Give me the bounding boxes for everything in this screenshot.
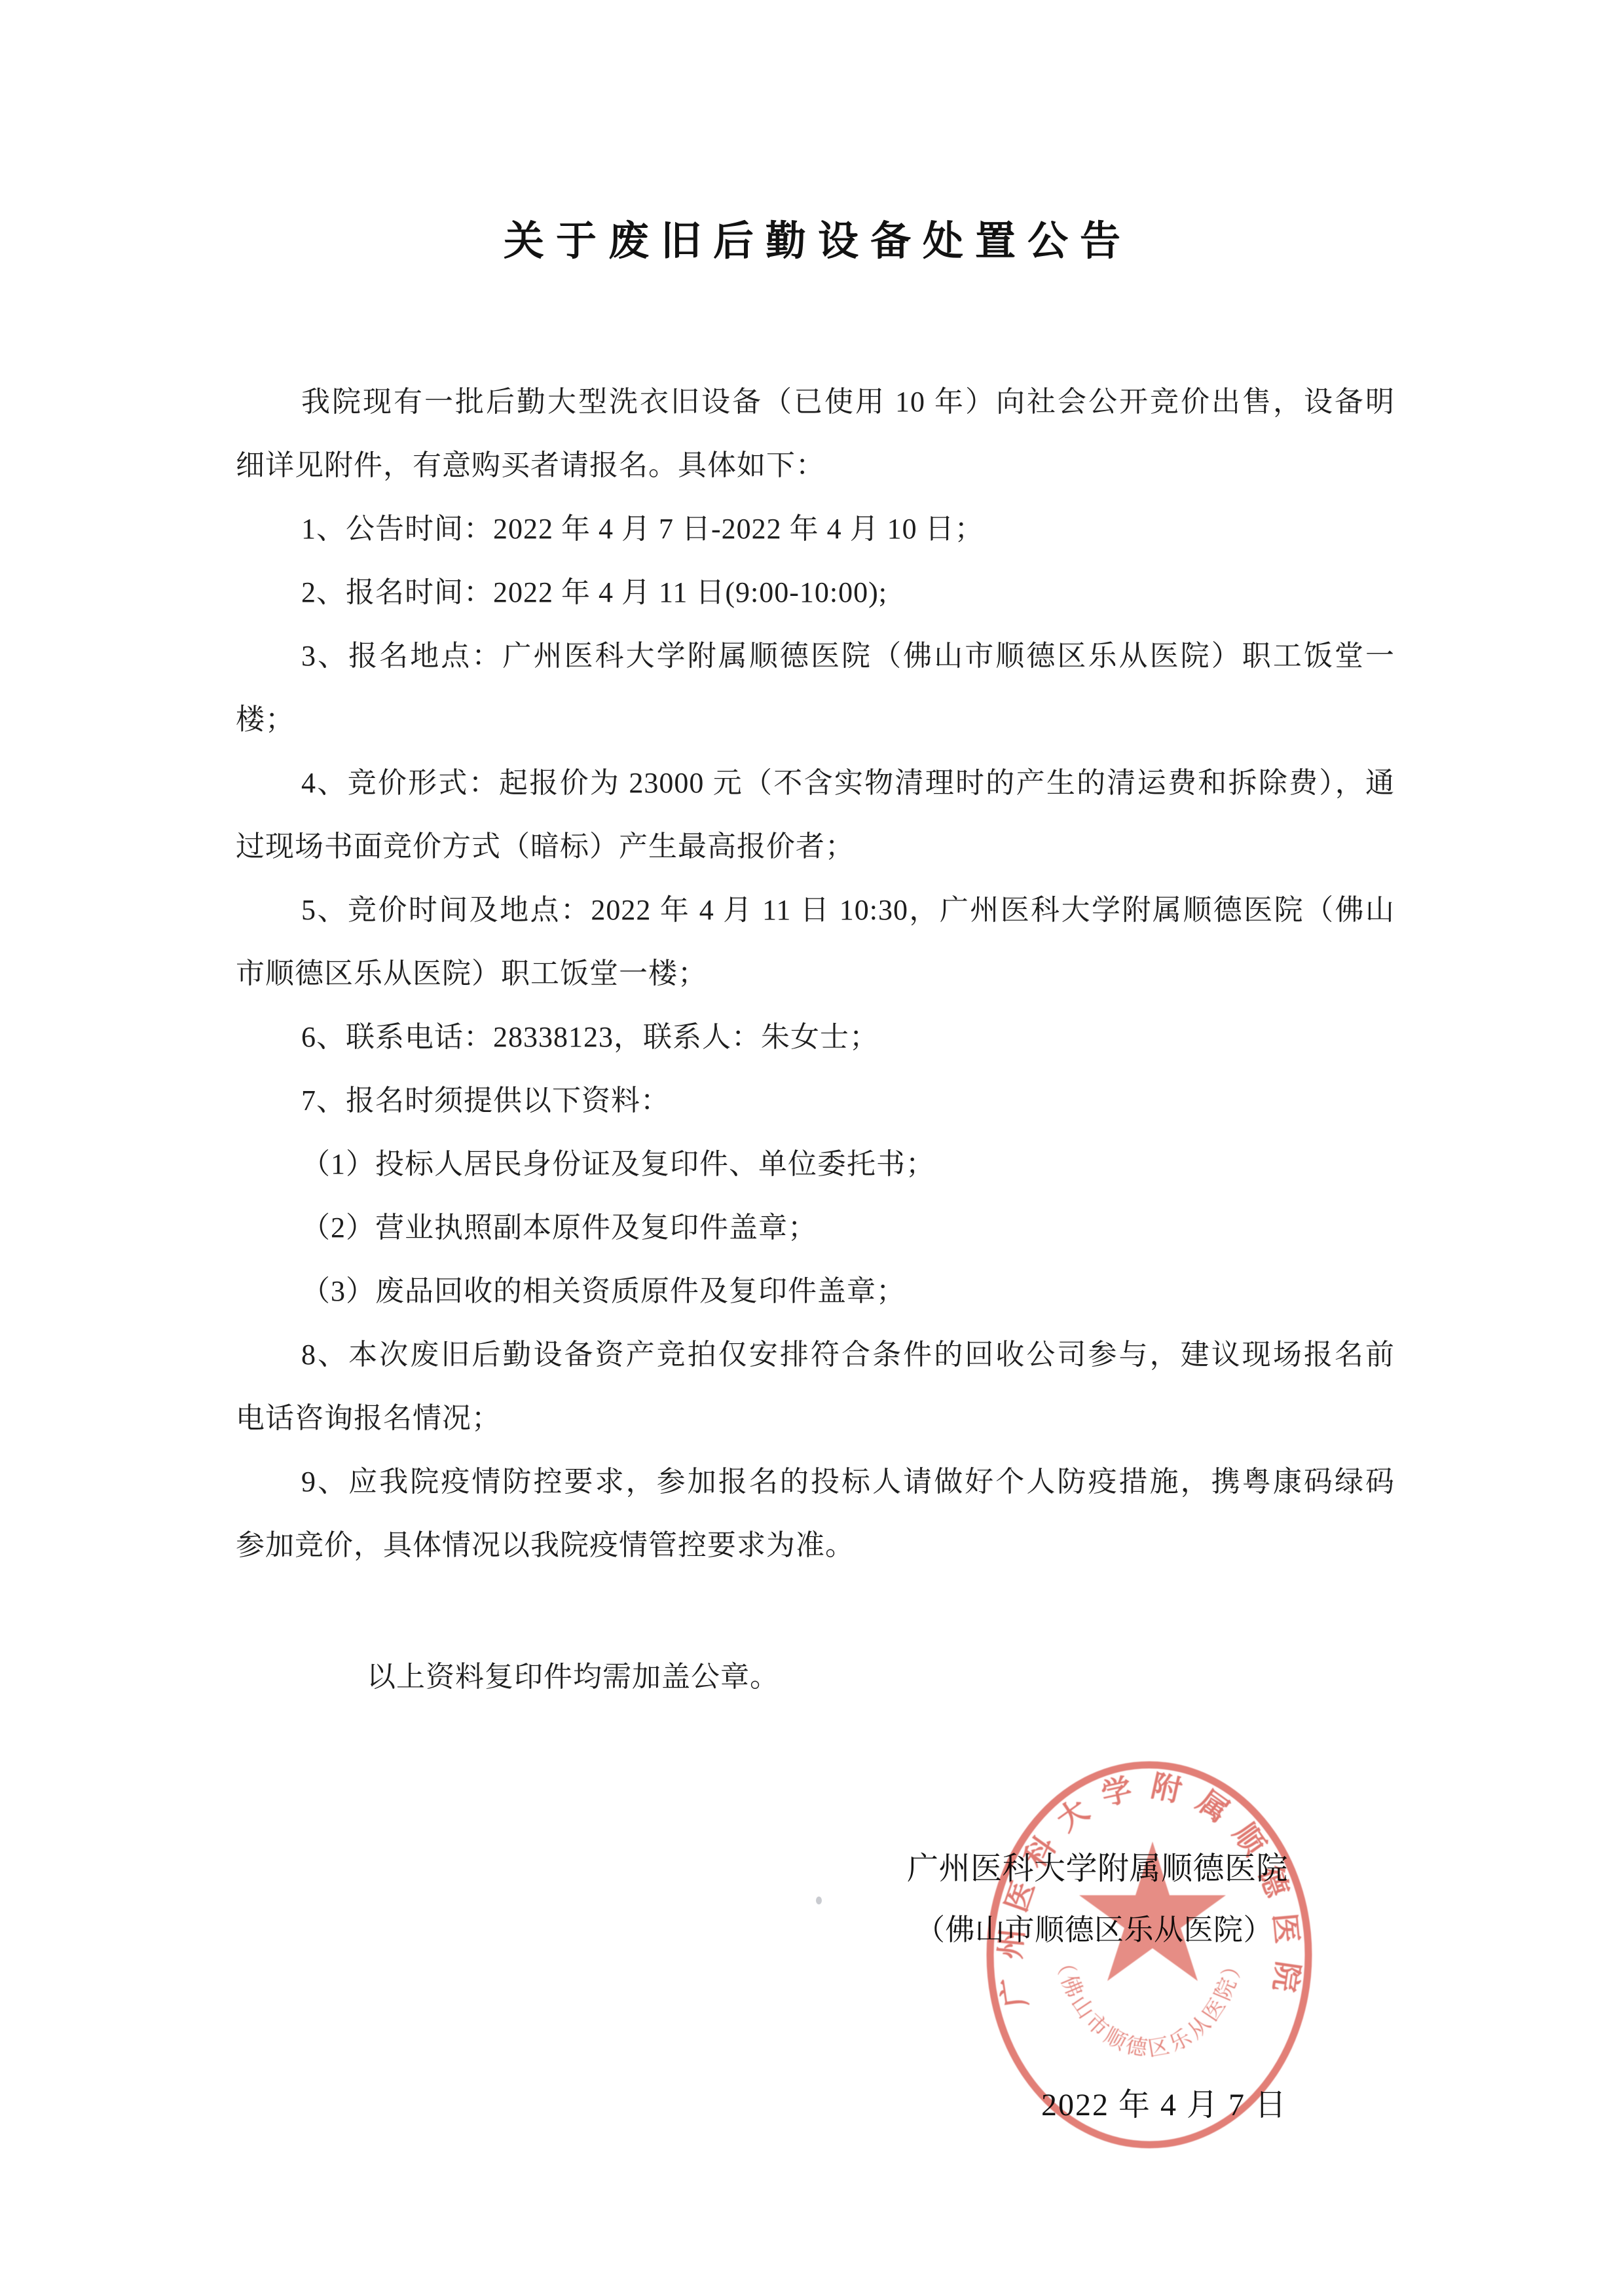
- body-line: 4、竞价形式：起报价为 23000 元（不含实物清理时的产生的清运费和拆除费），…: [236, 751, 1395, 815]
- signature-org: 广州医科大学附属顺德医院: [907, 1851, 1288, 1887]
- body-line: 过现场书面竞价方式（暗标）产生最高报价者；: [236, 815, 1395, 878]
- body-line: 参加竞价，具体情况以我院疫情管控要求为准。: [236, 1513, 1395, 1577]
- body-line: 电话咨询报名情况；: [236, 1386, 1395, 1450]
- body-line: 市顺德区乐从医院）职工饭堂一楼；: [236, 942, 1395, 1005]
- body-line: 9、应我院疫情防控要求，参加报名的投标人请做好个人防疫措施，携粤康码绿码: [236, 1450, 1395, 1513]
- seal-ring-text: 广州医科大学附属顺德医院: [993, 1769, 1305, 2009]
- body-line: 细详见附件，有意购买者请报名。具体如下：: [236, 434, 1395, 497]
- svg-text:（佛山市顺德区乐从医院）: （佛山市顺德区乐从医院）: [1050, 1950, 1248, 2061]
- body-line: 5、竞价时间及地点：2022 年 4 月 11 日 10:30，广州医科大学附属…: [236, 878, 1395, 942]
- body-line: （3）废品回收的相关资质原件及复印件盖章；: [236, 1259, 1395, 1323]
- body-text: 我院现有一批后勤大型洗衣旧设备（已使用 10 年）向社会公开竞价出售，设备明 细…: [236, 370, 1395, 1577]
- body-line: 8、本次废旧后勤设备资产竞拍仅安排符合条件的回收公司参与，建议现场报名前: [236, 1323, 1395, 1386]
- body-line: 7、报名时须提供以下资料：: [236, 1069, 1395, 1132]
- body-line: （2）营业执照副本原件及复印件盖章；: [236, 1196, 1395, 1259]
- closing-note: 以上资料复印件均需加盖公章。: [367, 1645, 779, 1709]
- body-line: 1、公告时间：2022 年 4 月 7 日-2022 年 4 月 10 日；: [236, 497, 1395, 561]
- announcement-page: 关于废旧后勤设备处置公告 我院现有一批后勤大型洗衣旧设备（已使用 10 年）向社…: [0, 0, 1624, 2296]
- scan-artifact: [816, 1897, 822, 1904]
- body-line: 6、联系电话：28338123，联系人：朱女士；: [236, 1005, 1395, 1069]
- body-line: 楼；: [236, 688, 1395, 751]
- body-line: 2、报名时间：2022 年 4 月 11 日(9:00-10:00);: [236, 561, 1395, 624]
- body-line: （1）投标人居民身份证及复印件、单位委托书；: [236, 1132, 1395, 1196]
- signature-org-alias: （佛山市顺德区乐从医院）: [915, 1912, 1273, 1948]
- seal-inner-text: （佛山市顺德区乐从医院）: [1050, 1950, 1248, 2061]
- body-line: 3、报名地点：广州医科大学附属顺德医院（佛山市顺德区乐从医院）职工饭堂一: [236, 624, 1395, 688]
- body-line: 我院现有一批后勤大型洗衣旧设备（已使用 10 年）向社会公开竞价出售，设备明: [236, 370, 1395, 434]
- signature-date: 2022 年 4 月 7 日: [1041, 2086, 1287, 2124]
- svg-text:广州医科大学附属顺德医院: 广州医科大学附属顺德医院: [993, 1769, 1305, 2009]
- page-title: 关于废旧后勤设备处置公告: [0, 208, 1624, 267]
